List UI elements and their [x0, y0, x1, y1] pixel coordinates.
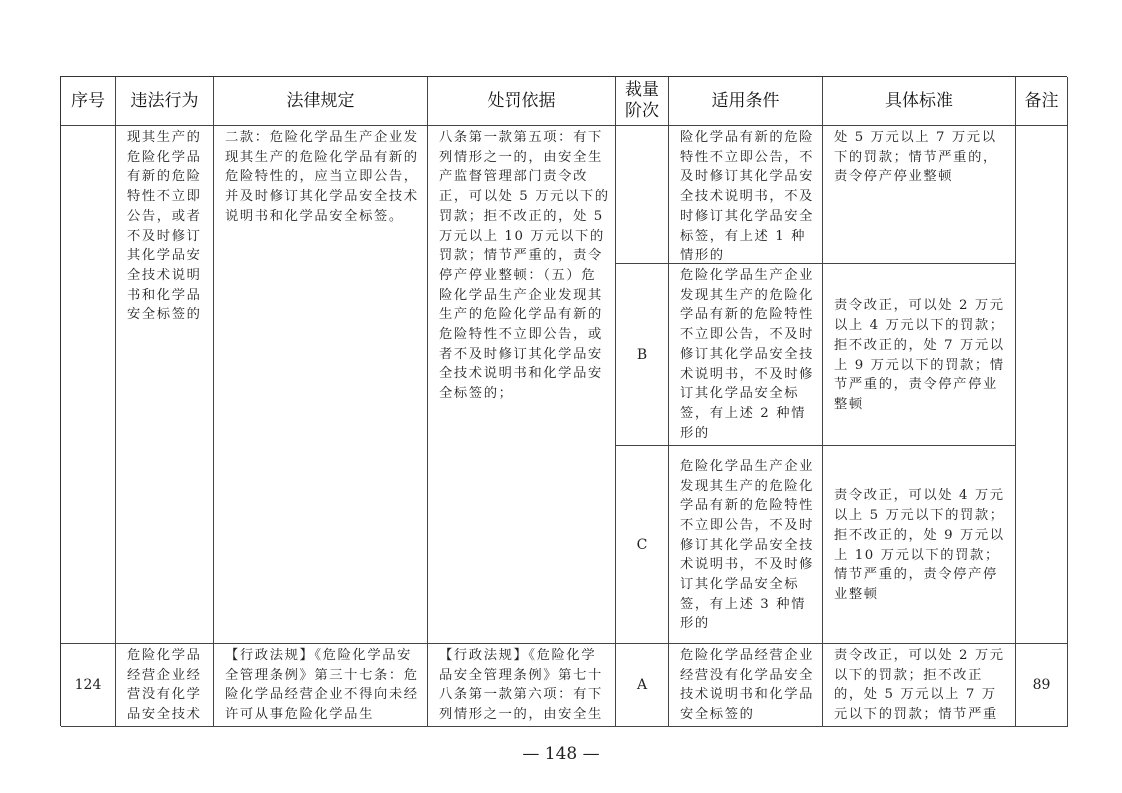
row1-standard-c-cell: 责令改正，可以处 4 万元以上 5 万元以下的罚款；拒不改正的，处 9 万元以上…: [823, 446, 1016, 644]
row1-standard-c: 责令改正，可以处 4 万元以上 5 万元以下的罚款；拒不改正的，处 9 万元以上…: [834, 486, 1011, 604]
row124-seq: 124: [61, 644, 116, 727]
row124-violation: 危险化学品经营企业经营没有化学品安全技术: [116, 644, 214, 727]
row1-condition-c-cell: 危险化学品生产企业发现其生产的危险化学品有新的危险特性不立即公告，不及时修订其化…: [669, 446, 823, 644]
header-seq: 序号: [61, 77, 116, 126]
row1-condition-a: 险化学品有新的危险特性不立即公告，不及时修订其化学品安全技术说明书，不及时修订其…: [669, 126, 823, 264]
row124-standard-a: 责令改正，可以处 2 万元以下的罚款；拒不改正的，处 5 万元以上 7 万元以下…: [823, 644, 1016, 727]
row1-penalty-basis: 八条第一款第五项：有下列情形之一的，由安全生产监督管理部门责令改正，可以处 5 …: [428, 126, 616, 644]
row1-standard-b-cell: 责令改正，可以处 2 万元以上 4 万元以下的罚款；拒不改正的，处 7 万元以上…: [823, 264, 1016, 446]
row124-condition-a: 危险化学品经营企业经营没有化学品安全技术说明书和化学品安全标签的: [669, 644, 823, 727]
row1-seq: [61, 126, 116, 644]
header-remarks: 备注: [1016, 77, 1068, 126]
row1-standard-a: 处 5 万元以上 7 万元以下的罚款；情节严重的，责令停产停业整顿: [823, 126, 1016, 264]
row1-level-a: [616, 126, 669, 264]
row124-penalty-basis: 【行政法规】《危险化学品安全管理条例》第七十八条第一款第六项：有下列情形之一的，…: [428, 644, 616, 727]
row124-remarks: 89: [1016, 644, 1068, 727]
page-number: — 148 —: [0, 744, 1122, 764]
header-violation: 违法行为: [116, 77, 214, 126]
row1-standard-b: 责令改正，可以处 2 万元以上 4 万元以下的罚款；拒不改正的，处 7 万元以上…: [834, 296, 1011, 414]
row124-level-a: A: [616, 644, 669, 727]
row124-legal-provision: 【行政法规】《危险化学品安全管理条例》第三十七条：危险化学品经营企业不得向未经许…: [214, 644, 428, 727]
row1-level-c: C: [616, 446, 669, 644]
row1-legal-provision: 二款：危险化学品生产企业发现其生产的危险化学品有新的危险特性的，应当立即公告，并…: [214, 126, 428, 644]
header-legal-provision: 法律规定: [214, 77, 428, 126]
row1-condition-c: 危险化学品生产企业发现其生产的危险化学品有新的危险特性不立即公告，不及时修订其化…: [680, 457, 818, 634]
penalty-discretion-table: 序号 违法行为 法律规定 处罚依据 裁量 阶次 适用条件 具体标准 备注 现其生…: [60, 76, 1067, 726]
header-penalty-basis: 处罚依据: [428, 77, 616, 126]
row1-remarks: [1016, 126, 1068, 644]
header-discretion-level: 裁量 阶次: [616, 77, 669, 126]
document-page: 序号 违法行为 法律规定 处罚依据 裁量 阶次 适用条件 具体标准 备注 现其生…: [0, 0, 1122, 793]
row1-level-b: B: [616, 264, 669, 446]
header-specific-standard: 具体标准: [823, 77, 1016, 126]
row1-condition-b: 危险化学品生产企业发现其生产的危险化学品有新的危险特性不立即公告，不及时修订其化…: [669, 264, 823, 446]
header-applicable-conditions: 适用条件: [669, 77, 823, 126]
row1-violation: 现其生产的危险化学品有新的危险特性不立即公告，或者不及时修订其化学品安全技术说明…: [116, 126, 214, 644]
